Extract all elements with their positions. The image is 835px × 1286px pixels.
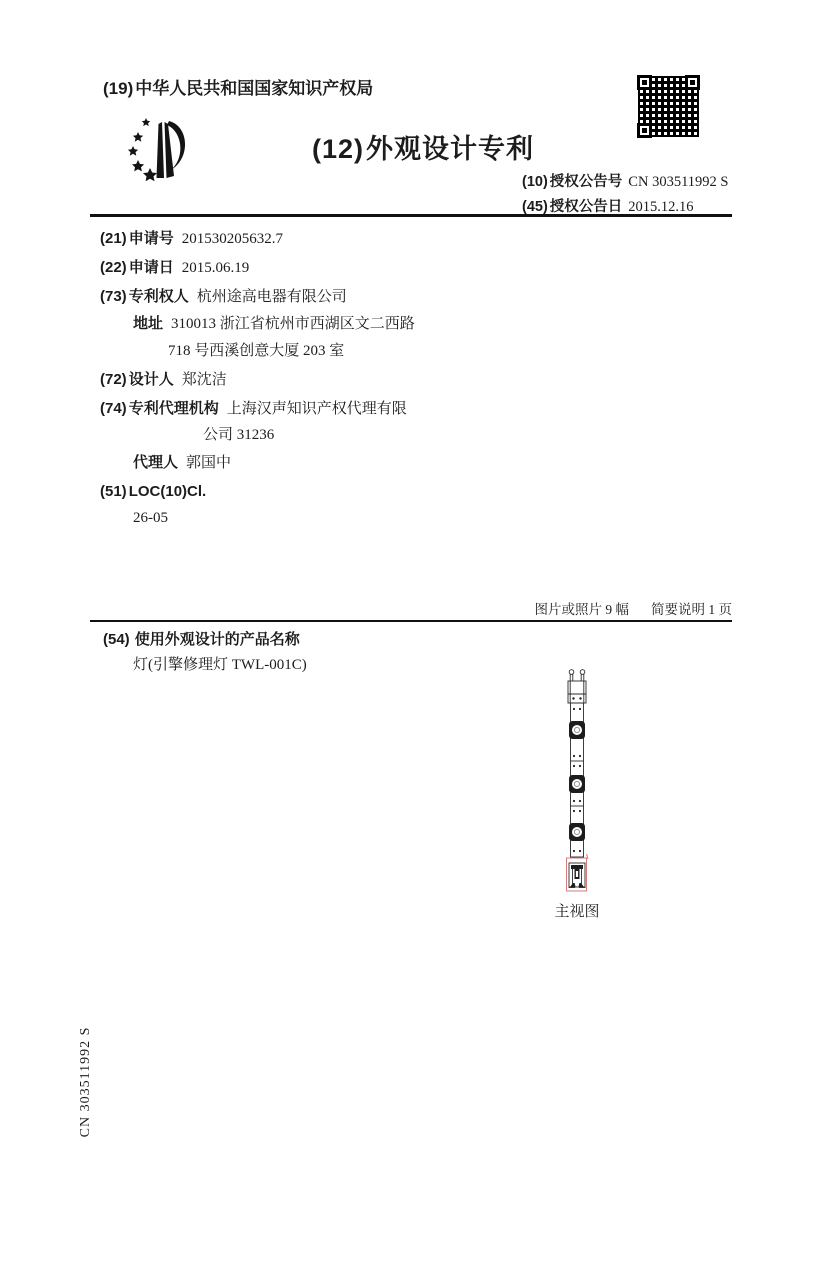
product-name-text: 灯(引擎修理灯 TWL-001C) [133,657,307,673]
field-value: 26-05 [133,510,168,526]
application-number-row: (21)申请号201530205632.7 [100,230,283,248]
qr-finder-icon [637,75,652,90]
field-code: (73) [100,288,127,305]
field-label: 设计人 [129,371,174,388]
doc-type-code: (12) [312,134,364,164]
field-label: 申请号 [129,230,174,247]
field-value: 公司 31236 [203,427,274,443]
agent-row: 代理人郭国中 [133,454,231,472]
figure-caption: 主视图 [537,900,617,921]
office-name: 中华人民共和国国家知识产权局 [135,79,373,98]
field-label: 代理人 [133,454,178,471]
field-code: (22) [100,259,127,276]
field-code: (74) [100,400,127,417]
field-value: 2015.06.19 [182,260,250,276]
designer-row: (72)设计人郑沈洁 [100,371,227,389]
pub-no-value: CN 303511992 S [628,174,728,190]
body-divider [90,620,732,622]
figures-note: 图片或照片 9 幅简要说明 1 页 [535,598,733,618]
field-value: 上海汉声知识产权代理有限 [227,401,407,417]
office-code: (19) [103,79,133,98]
pub-date-value: 2015.12.16 [628,199,693,215]
field-value: 310013 浙江省杭州市西湖区文二西路 [171,316,415,332]
field-code: (21) [100,230,127,247]
pub-date-label: 授权公告日 [550,199,623,215]
qr-code-icon [637,75,700,138]
header-divider [90,214,732,217]
publication-date-row: (45)授权公告日2015.12.16 [522,195,694,216]
address-row: 地址310013 浙江省杭州市西湖区文二西路 [133,315,415,333]
figure-caption-text: 主视图 [554,904,599,920]
pub-no-code: (10) [522,174,548,190]
field-label: 地址 [133,315,163,332]
field-value: 郑沈洁 [182,372,227,388]
address-row-line2: 718 号西溪创意大厦 203 室 [168,343,344,360]
field-code: (54) [103,631,130,648]
product-name-row: (54)使用外观设计的产品名称 [103,631,300,649]
images-count: 图片或照片 9 幅 [535,602,630,617]
field-label: LOC(10)Cl. [129,483,207,500]
field-label: 申请日 [129,259,174,276]
product-name-value: 灯(引擎修理灯 TWL-001C) [133,657,307,674]
qr-finder-icon [637,123,652,138]
field-value: 郭国中 [186,455,231,471]
side-publication-code: CN 303511992 S [78,1007,98,1157]
product-name-label: 使用外观设计的产品名称 [135,631,300,648]
doc-type-name: 外观设计专利 [366,134,534,164]
loc-class-row: (51)LOC(10)Cl. [100,483,206,501]
agency-row: (74)专利代理机构上海汉声知识产权代理有限 [100,400,407,418]
loc-class-value: 26-05 [133,510,168,527]
qr-finder-icon [685,75,700,90]
doc-type-title: (12)外观设计专利 [312,127,534,166]
pub-no-label: 授权公告号 [550,174,623,190]
brief-pages: 简要说明 1 页 [651,602,732,617]
application-date-row: (22)申请日2015.06.19 [100,259,249,277]
lamp-front-view-drawing [553,667,601,904]
agency-row-line2: 公司 31236 [203,427,274,444]
field-label: 专利权人 [129,288,189,305]
patentee-row: (73)专利权人杭州途高电器有限公司 [100,288,347,306]
side-code-text: CN 303511992 S [78,1027,93,1138]
field-label: 专利代理机构 [129,400,219,417]
field-code: (51) [100,483,127,500]
office-line: (19)中华人民共和国国家知识产权局 [103,74,373,99]
cnipa-emblem-icon [125,112,197,197]
publication-number-row: (10)授权公告号CN 303511992 S [522,170,728,191]
pub-date-code: (45) [522,199,548,215]
field-value: 718 号西溪创意大厦 203 室 [168,343,344,359]
field-value: 杭州途高电器有限公司 [197,289,347,305]
field-code: (72) [100,371,127,388]
patent-front-page: (19)中华人民共和国国家知识产权局 (12)外观设计专利 (10)授权公告号C… [0,0,835,1286]
field-value: 201530205632.7 [182,231,283,247]
